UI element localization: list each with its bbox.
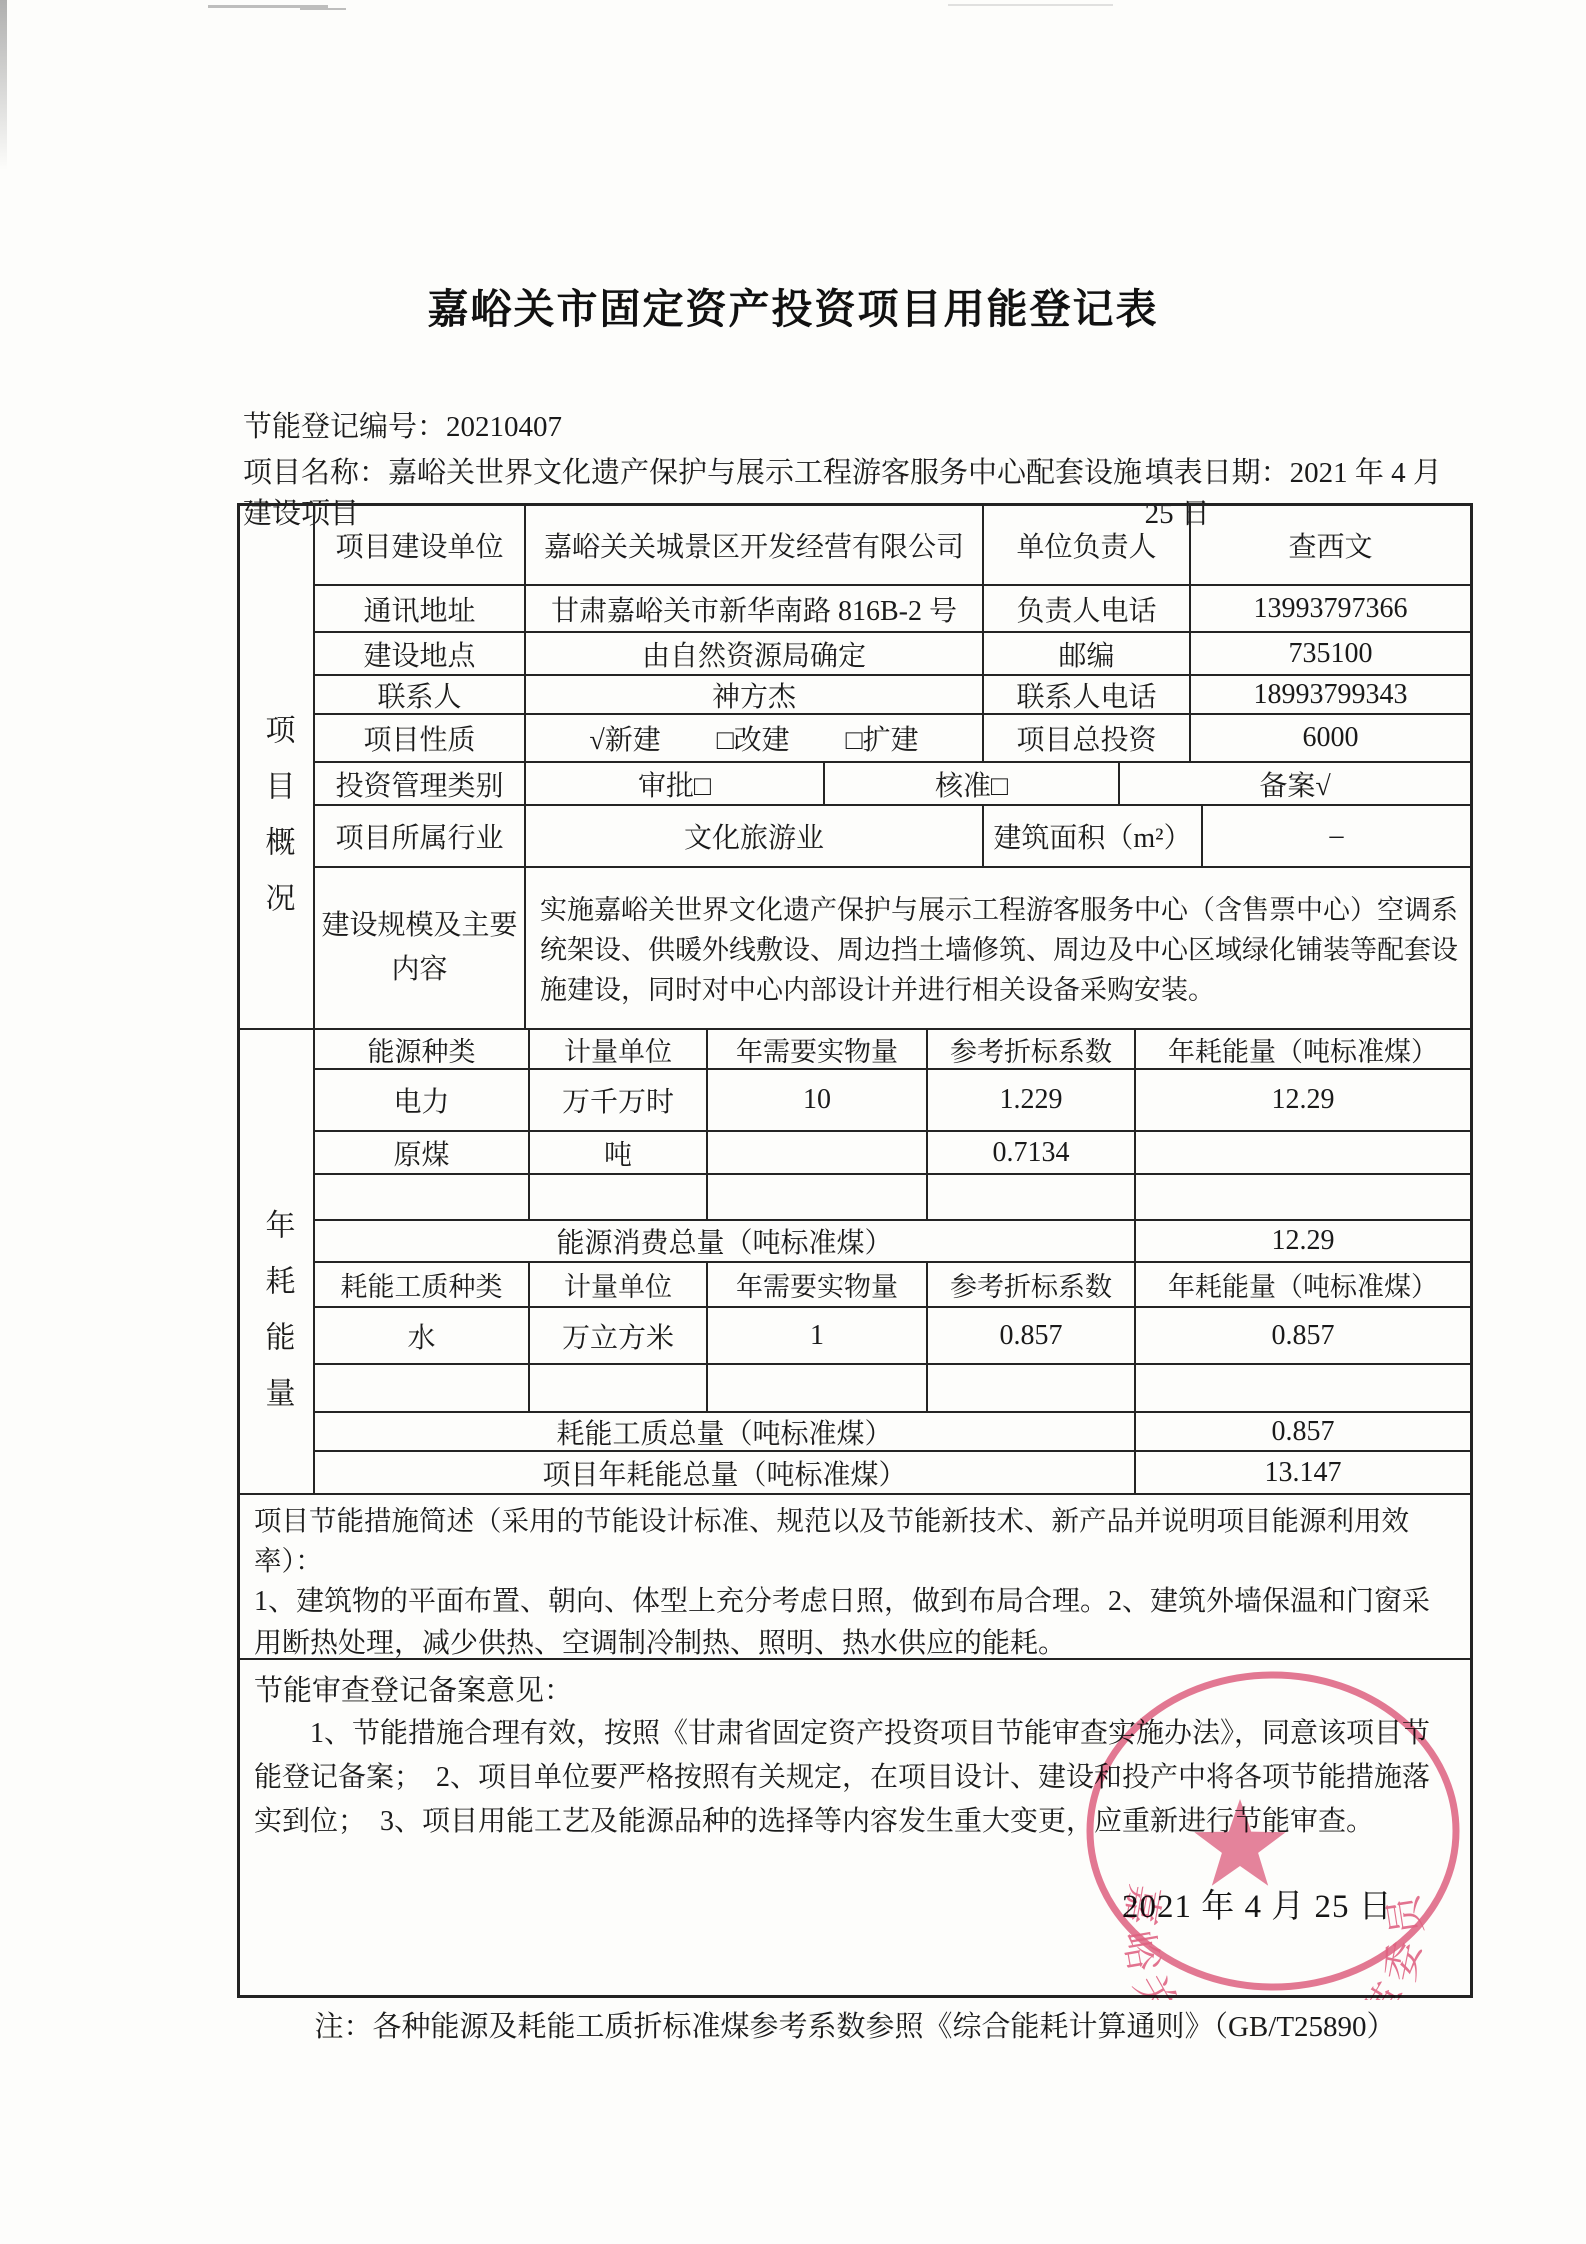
table-row: 通讯地址 甘肃嘉峪关市新华南路 816B-2 号 负责人电话 139937973… (315, 586, 1470, 633)
seal-star-icon (1194, 1799, 1285, 1886)
field-value: 甘肃嘉峪关市新华南路 816B-2 号 (526, 586, 984, 631)
field-value: 文化旅游业 (526, 806, 984, 866)
section-label-annual-energy: 年耗能量 (240, 1030, 315, 1493)
section-energy-saving-measures: 项目节能措施简述（采用的节能设计标准、规范以及节能新技术、新产品并说明项目能源利… (240, 1493, 1470, 1660)
energy-factor (928, 1175, 1136, 1219)
approval-option: 审批□ (526, 763, 825, 804)
field-label: 建设地点 (315, 633, 526, 674)
table-row: 项目建设单位 嘉峪关关城景区开发经营有限公司 单位负责人 查西文 (315, 506, 1470, 586)
field-label: 单位负责人 (984, 506, 1191, 584)
table-row: 建设规模及主要内容 实施嘉峪关世界文化遗产保护与展示工程游客服务中心（含售票中心… (315, 868, 1470, 1028)
total-label: 耗能工质总量（吨标准煤） (315, 1413, 1136, 1450)
medium-row-empty (315, 1365, 1470, 1413)
field-label: 项目建设单位 (315, 506, 526, 584)
section-project-overview: 项目概况 项目建设单位 嘉峪关关城景区开发经营有限公司 单位负责人 查西文 通讯… (240, 506, 1470, 1028)
medium-header-row: 耗能工质种类 计量单位 年需要实物量 参考折标系数 年耗能量（吨标准煤） (315, 1263, 1470, 1308)
construction-scope-text: 实施嘉峪关世界文化遗产保护与展示工程游客服务中心（含售票中心）空调系统架设、供暖… (526, 868, 1470, 1028)
medium-tce: 0.857 (1136, 1308, 1470, 1363)
energy-tce: 12.29 (1136, 1070, 1470, 1130)
medium-quantity (708, 1365, 928, 1411)
field-label: 联系人 (315, 676, 526, 713)
project-nature-options: √新建 □改建 □扩建 (526, 715, 984, 761)
field-label: 建设规模及主要内容 (315, 868, 526, 1028)
energy-unit: 万千万时 (530, 1070, 708, 1130)
section-annual-energy: 年耗能量 能源种类 计量单位 年需要实物量 参考折标系数 年耗能量（吨标准煤） … (240, 1028, 1470, 1493)
medium-type: 水 (315, 1308, 530, 1363)
field-value: 18993799343 (1191, 676, 1470, 713)
energy-factor: 1.229 (928, 1070, 1136, 1130)
medium-type (315, 1365, 530, 1411)
field-value: 735100 (1191, 633, 1470, 674)
column-header: 计量单位 (530, 1263, 708, 1306)
field-label: 项目总投资 (984, 715, 1191, 761)
medium-factor: 0.857 (928, 1308, 1136, 1363)
form-title: 嘉峪关市固定资产投资项目用能登记表 (0, 276, 1586, 335)
grand-total-value: 13.147 (1136, 1452, 1470, 1493)
medium-total-row: 耗能工质总量（吨标准煤） 0.857 (315, 1413, 1470, 1452)
field-label: 通讯地址 (315, 586, 526, 631)
energy-type: 原煤 (315, 1132, 530, 1173)
column-header: 年需要实物量 (708, 1263, 928, 1306)
medium-tce (1136, 1365, 1470, 1411)
energy-quantity (708, 1175, 928, 1219)
field-value: – (1203, 806, 1470, 866)
table-row: 联系人 神方杰 联系人电话 18993799343 (315, 676, 1470, 715)
field-label: 联系人电话 (984, 676, 1191, 713)
column-header: 年耗能量（吨标准煤） (1136, 1030, 1470, 1068)
energy-factor: 0.7134 (928, 1132, 1136, 1173)
official-seal-stamp: 嘉峪关市发展和改革委员会 (1078, 1666, 1468, 2000)
field-label: 负责人电话 (984, 586, 1191, 631)
scan-artifact (300, 8, 346, 10)
registration-number-label: 节能登记编号： (243, 411, 446, 443)
column-header: 参考折标系数 (928, 1030, 1136, 1068)
energy-type (315, 1175, 530, 1219)
measures-body: 1、建筑物的平面布置、朝向、体型上充分考虑日照，做到布局合理。2、建筑外墙保温和… (254, 1581, 1454, 1665)
field-value: 神方杰 (526, 676, 984, 713)
medium-row: 水 万立方米 1 0.857 0.857 (315, 1308, 1470, 1365)
field-label: 项目所属行业 (315, 806, 526, 866)
table-row: 建设地点 由自然资源局确定 邮编 735100 (315, 633, 1470, 676)
column-header: 年耗能量（吨标准煤） (1136, 1263, 1470, 1306)
measures-intro: 项目节能措施简述（采用的节能设计标准、规范以及节能新技术、新产品并说明项目能源利… (254, 1501, 1454, 1581)
field-value: 查西文 (1191, 506, 1470, 584)
energy-unit: 吨 (530, 1132, 708, 1173)
energy-header-row: 能源种类 计量单位 年需要实物量 参考折标系数 年耗能量（吨标准煤） (315, 1030, 1470, 1070)
scan-artifact (948, 4, 1113, 6)
registration-number-line: 节能登记编号：20210407 (243, 404, 562, 445)
record-option: 备案√ (1120, 763, 1470, 804)
column-header: 计量单位 (530, 1030, 708, 1068)
field-value: 13993797366 (1191, 586, 1470, 631)
scan-artifact (0, 0, 7, 170)
energy-tce (1136, 1175, 1470, 1219)
total-label: 能源消费总量（吨标准煤） (315, 1221, 1136, 1261)
table-row: 项目性质 √新建 □改建 □扩建 项目总投资 6000 (315, 715, 1470, 763)
energy-quantity (708, 1132, 928, 1173)
energy-row: 电力 万千万时 10 1.229 12.29 (315, 1070, 1470, 1132)
footnote-note: 注：各种能源及耗能工质折标准煤参考系数参照《综合能耗计算通则》（GB/T2589… (237, 2004, 1473, 2045)
verification-option: 核准□ (825, 763, 1120, 804)
section-label-project-overview: 项目概况 (240, 506, 315, 1028)
medium-unit (530, 1365, 708, 1411)
medium-factor (928, 1365, 1136, 1411)
table-row: 投资管理类别 审批□ 核准□ 备案√ (315, 763, 1470, 806)
grand-total-label: 项目年耗能总量（吨标准煤） (315, 1452, 1136, 1493)
column-header: 年需要实物量 (708, 1030, 928, 1068)
energy-unit (530, 1175, 708, 1219)
field-value: 嘉峪关关城景区开发经营有限公司 (526, 506, 984, 584)
grand-total-row: 项目年耗能总量（吨标准煤） 13.147 (315, 1452, 1470, 1493)
field-value: 6000 (1191, 715, 1470, 761)
energy-row: 原煤 吨 0.7134 (315, 1132, 1470, 1175)
medium-quantity: 1 (708, 1308, 928, 1363)
table-row: 项目所属行业 文化旅游业 建筑面积（m²） – (315, 806, 1470, 868)
registration-number-value: 20210407 (446, 411, 562, 443)
energy-type: 电力 (315, 1070, 530, 1130)
energy-total-row: 能源消费总量（吨标准煤） 12.29 (315, 1221, 1470, 1263)
total-value: 12.29 (1136, 1221, 1470, 1261)
field-label: 建筑面积（m²） (984, 806, 1203, 866)
field-label: 投资管理类别 (315, 763, 526, 804)
energy-quantity: 10 (708, 1070, 928, 1130)
energy-tce (1136, 1132, 1470, 1173)
scanned-form-page: 嘉峪关市固定资产投资项目用能登记表 节能登记编号：20210407 项目名称：嘉… (0, 0, 1586, 2244)
column-header: 耗能工质种类 (315, 1263, 530, 1306)
energy-row-empty (315, 1175, 1470, 1221)
total-value: 0.857 (1136, 1413, 1470, 1450)
field-value: 由自然资源局确定 (526, 633, 984, 674)
column-header: 参考折标系数 (928, 1263, 1136, 1306)
medium-unit: 万立方米 (530, 1308, 708, 1363)
field-label: 项目性质 (315, 715, 526, 761)
column-header: 能源种类 (315, 1030, 530, 1068)
field-label: 邮编 (984, 633, 1191, 674)
